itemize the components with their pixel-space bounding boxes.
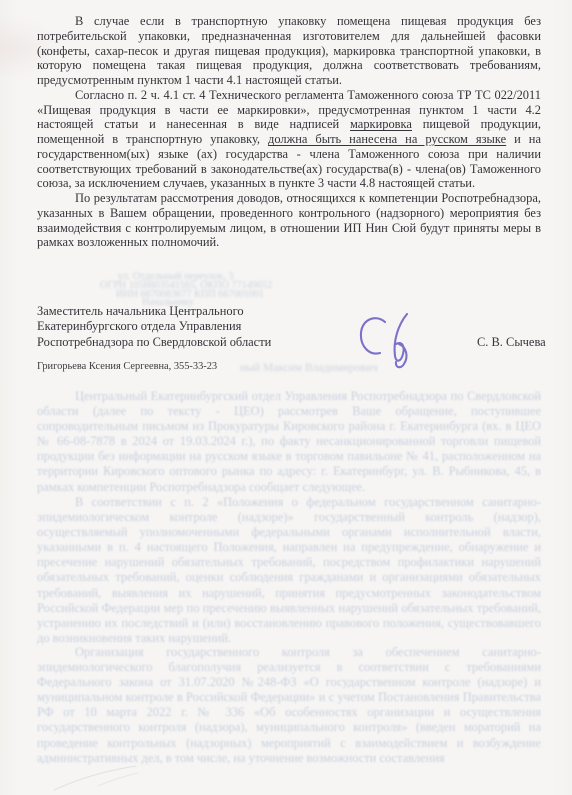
- letter-body: В случае если в транспортную упаковку по…: [37, 14, 541, 250]
- handwritten-signature-icon: [352, 311, 434, 375]
- bleedthrough-text: Центральный Екатеринбургский отдел Управ…: [37, 389, 541, 495]
- bleedthrough-text: Организация государственного контроля за…: [37, 645, 541, 766]
- paragraph-1: В случае если в транспортную упаковку по…: [37, 14, 541, 88]
- signoff-block: Заместитель начальника Центрального Екат…: [37, 304, 337, 350]
- scanned-letter-page: Центральный Екатеринбургский отдел Управ…: [0, 0, 572, 795]
- underlined-phrase-russian-language: должна быть нанесена на русском языке: [268, 132, 506, 146]
- contact-person-line: Григорьева Ксения Сергеевна, 355-33-23: [37, 361, 217, 372]
- paragraph-2: Согласно п. 2 ч. 4.1 ст. 4 Технического …: [37, 88, 541, 191]
- signoff-title-line: Заместитель начальника Центрального: [37, 304, 337, 319]
- bleedthrough-paragraph: В соответствии с п. 2 «Положения о федер…: [37, 495, 541, 646]
- signer-name: С. В. Сычева: [477, 335, 546, 350]
- bleedthrough-paragraph: Центральный Екатеринбургский отдел Управ…: [37, 389, 541, 495]
- faint-scratch-mark: [40, 760, 180, 794]
- bleedthrough-text: В соответствии с п. 2 «Положения о федер…: [37, 495, 541, 646]
- signoff-title-line: Роспотребнадзора по Свердловской области: [37, 335, 337, 350]
- underlined-phrase-markirovka: маркировка: [350, 117, 412, 131]
- signoff-title-line: Екатеринбургского отдела Управления: [37, 319, 337, 334]
- bleedthrough-paragraph: Организация государственного контроля за…: [37, 645, 541, 766]
- paragraph-3: По результатам рассмотрения доводов, отн…: [37, 191, 541, 250]
